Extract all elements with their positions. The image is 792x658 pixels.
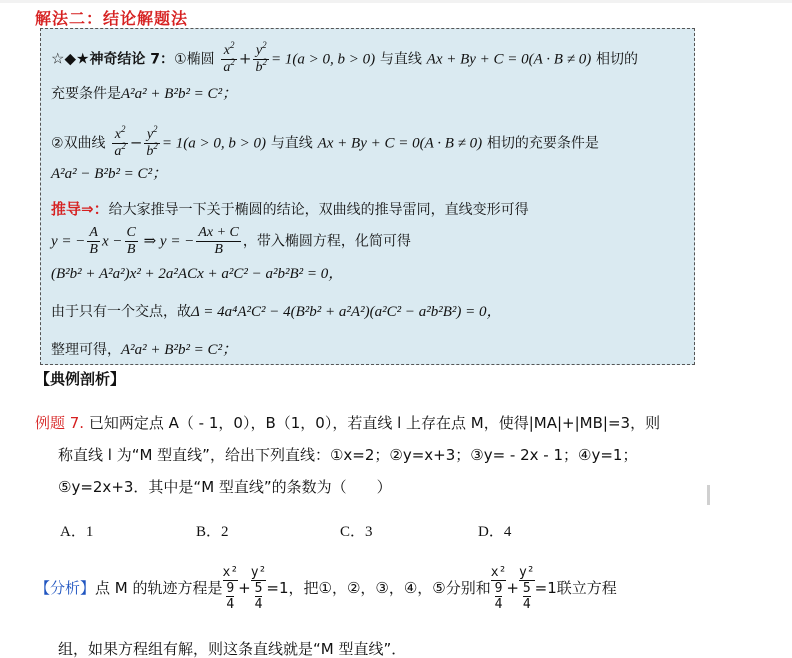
line-equation: Ax + By + C = 0(A · B ≠ 0) — [427, 52, 592, 68]
option-d[interactable]: D．4 — [478, 520, 511, 541]
option-b[interactable]: B．2 — [196, 520, 229, 541]
derivation-label: 推导⇒： — [51, 200, 109, 218]
fraction-y2-b2: y2b2 — [144, 127, 160, 160]
derivation-equation3: (B²b² + A²a²)x² + 2a²ACx + a²C² − a²b²B²… — [51, 266, 343, 282]
star-icons: ☆◆★ — [51, 50, 89, 68]
fraction-AxC-B: Ax + CB — [196, 225, 241, 258]
fraction-y2-5over4: y²54 — [251, 565, 267, 612]
conclusion-item2-condition-line: A²a² − B²b² = C²； — [51, 163, 167, 184]
derivation-text: 给大家推导一下关于椭圆的结论，双曲线的推导雷同，直线变形可得 — [109, 202, 529, 218]
section-title: 解法二：结论解题法 — [35, 6, 188, 29]
item1-curve: 椭圆 — [187, 52, 215, 68]
conclusion-item1-line: ☆◆★神奇结论 7：①椭圆 x2a2+y2b2= 1(a > 0, b > 0)… — [51, 43, 638, 76]
conclusion-item1-condition-line: 充要条件是A²a² + B²b² = C²； — [51, 83, 237, 104]
analysis-label: 【分析】 — [35, 579, 95, 597]
analysis-text-c: =1联立方程 — [535, 579, 617, 597]
conclusion-item2-line: ②双曲线 x2a2−y2b2= 1(a > 0, b > 0) 与直线 Ax +… — [51, 127, 599, 160]
fraction-x2-9over4: x²94 — [223, 565, 239, 612]
derivation-step2-text: ，带入椭圆方程，化简可得 — [243, 234, 411, 250]
derivation-equation5: A²a² + B²b² = C²； — [121, 342, 237, 358]
conclusion-label: 神奇结论 7： — [89, 52, 174, 68]
fraction-x2-a2: x2a2 — [112, 127, 128, 160]
fraction-x2-a2: x2a2 — [221, 43, 237, 76]
analysis-line1: 【分析】点 M 的轨迹方程是x²94+y²54=1，把①，②，③，④，⑤分别和x… — [35, 565, 617, 612]
item2-condition: A²a² − B²b² = C²； — [51, 166, 167, 182]
example-line1: 例题 7. 已知两定点 A（ - 1，0），B（1，0），若直线 l 上存在点 … — [35, 412, 660, 433]
item1-condition: A²a² + B²b² = C²； — [121, 86, 237, 102]
item1-condition-label: 充要条件是 — [51, 86, 121, 102]
item2-equation-rest: = 1(a > 0, b > 0) — [162, 136, 266, 152]
derivation-line2: y = −ABx −CB ⇒ y = −Ax + CB，带入椭圆方程，化简可得 — [51, 225, 411, 258]
fraction-y2-b2: y2b2 — [253, 43, 269, 76]
fraction-y2-5over4: y²54 — [519, 565, 535, 612]
item2-curve: 双曲线 — [64, 136, 106, 152]
fraction-C-B: CB — [125, 225, 138, 258]
analysis-line2: 组，如果方程组有解，则这条直线就是“M 型直线”． — [58, 638, 406, 658]
item2-text-a: 与直线 — [271, 136, 313, 152]
top-divider — [0, 0, 792, 3]
text-cursor-mark — [707, 485, 710, 505]
option-c[interactable]: C．3 — [340, 520, 373, 541]
item1-text-a: 与直线 — [380, 52, 422, 68]
analysis-text-b: =1，把①，②，③，④，⑤分别和 — [266, 579, 490, 597]
item1-equation-rest: = 1(a > 0, b > 0) — [271, 52, 375, 68]
option-a[interactable]: A．1 — [60, 520, 93, 541]
item2-text-b: 相切的充要条件是 — [487, 136, 599, 152]
line-equation: Ax + By + C = 0(A · B ≠ 0) — [318, 136, 483, 152]
example-label: 例题 7. — [35, 414, 84, 432]
analysis-text-a: 点 M 的轨迹方程是 — [95, 579, 222, 597]
derivation-line1: 推导⇒：给大家推导一下关于椭圆的结论，双曲线的推导雷同，直线变形可得 — [51, 199, 529, 220]
example-text-line1: 已知两定点 A（ - 1，0），B（1，0），若直线 l 上存在点 M，使得|M… — [89, 414, 660, 432]
fraction-x2-9over4: x²94 — [491, 565, 507, 612]
examples-heading: 【典例剖析】 — [35, 368, 125, 389]
item2-marker: ② — [51, 136, 64, 152]
item1-marker: ① — [174, 52, 187, 68]
derivation-line5: 整理可得，A²a² + B²b² = C²； — [51, 339, 237, 360]
example-line3: ⑤y=2x+3．其中是“M 型直线”的条数为（ ） — [58, 476, 392, 497]
conclusion-box: ☆◆★神奇结论 7：①椭圆 x2a2+y2b2= 1(a > 0, b > 0)… — [40, 28, 695, 365]
derivation-equation4: Δ = 4a⁴A²C² − 4(B²b² + a²A²)(a²C² − a²b²… — [191, 304, 501, 320]
derivation-line4-text: 由于只有一个交点，故 — [51, 304, 191, 320]
fraction-A-B: AB — [87, 225, 100, 258]
derivation-line4: 由于只有一个交点，故Δ = 4a⁴A²C² − 4(B²b² + a²A²)(a… — [51, 301, 501, 322]
example-line2: 称直线 l 为“M 型直线”，给出下列直线：①x=2；②y=x+3；③y= - … — [58, 444, 637, 465]
item1-text-b: 相切的 — [596, 52, 638, 68]
derivation-line3: (B²b² + A²a²)x² + 2a²ACx + a²C² − a²b²B²… — [51, 263, 343, 284]
derivation-line5-text: 整理可得， — [51, 342, 121, 358]
